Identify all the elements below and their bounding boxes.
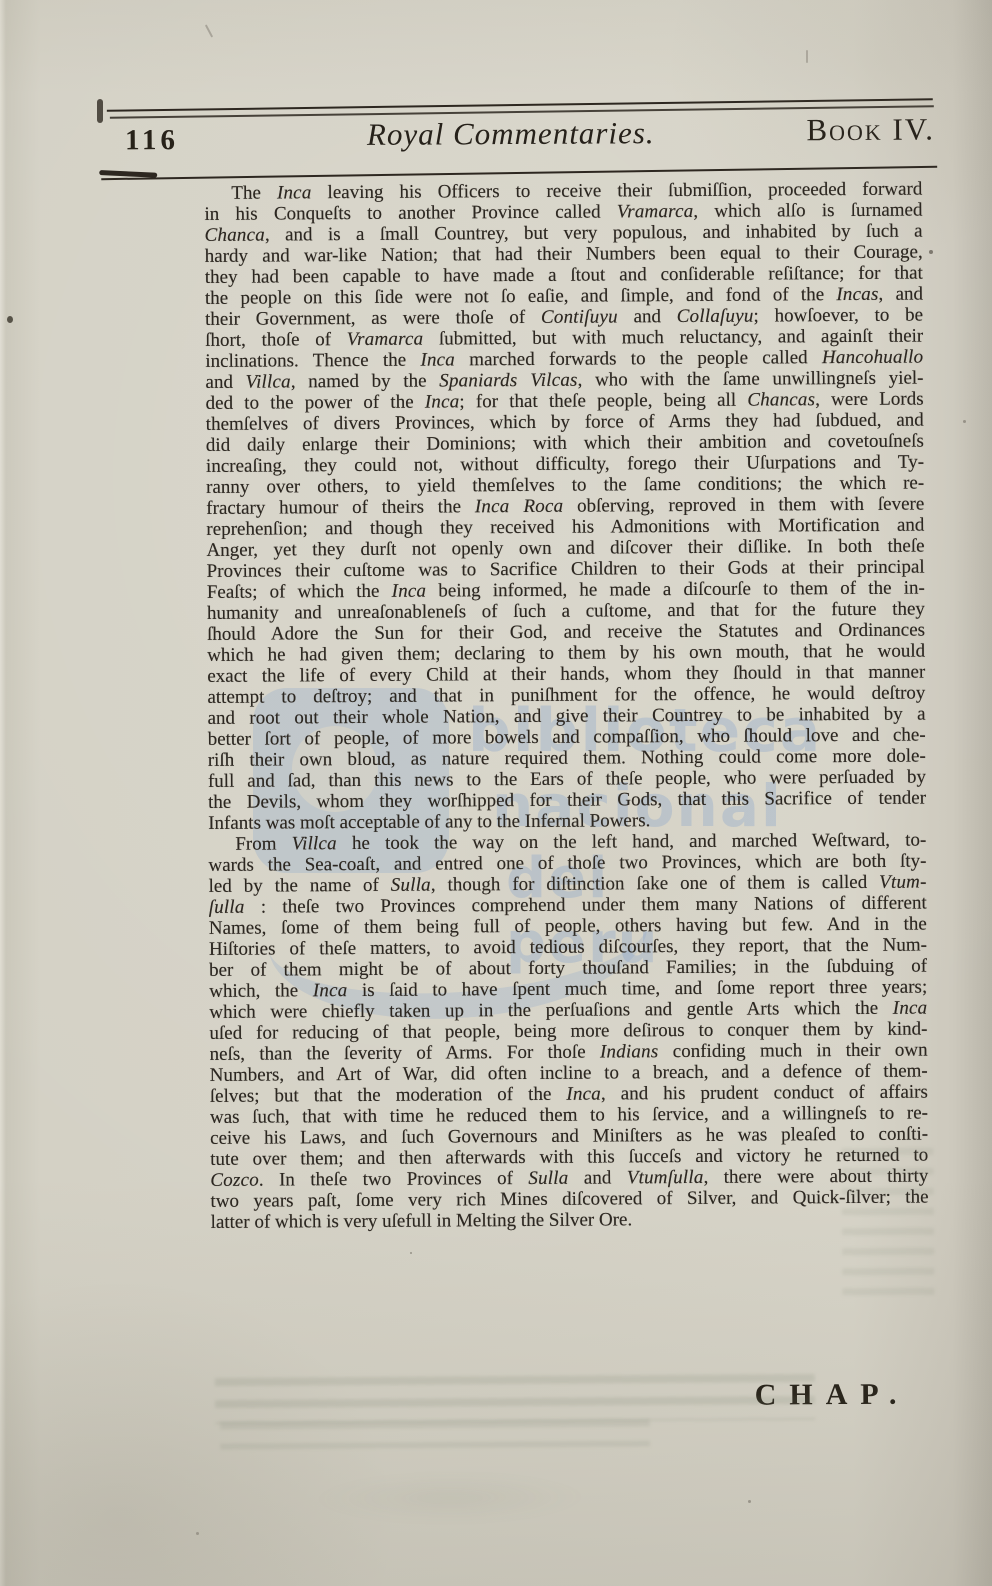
paper-speck [410, 1252, 412, 1254]
body-text: The Inca leaving his Officers to receive… [204, 179, 928, 1233]
book-page-scan: biblioteca nacional del peru 116 Royal C… [0, 0, 992, 1586]
catchword: CHAP. [755, 1378, 910, 1413]
running-title: Royal Commentaries. [367, 115, 655, 153]
paper-speck [748, 1500, 751, 1503]
ink-blotch [97, 99, 103, 123]
header-rule-ink-blot [99, 170, 157, 178]
paper-speck [7, 316, 13, 323]
body-line: two years paſt, ſome very rich Mines diſ… [210, 1187, 928, 1212]
paper-scratch [806, 50, 808, 63]
paper-speck [929, 250, 933, 254]
book-label: Book IV. [806, 111, 935, 148]
paper-speck [963, 420, 966, 423]
page-number: 116 [125, 124, 179, 157]
body-line: latter of which is very uſefull in Melti… [211, 1208, 929, 1233]
paper-speck [196, 1532, 199, 1535]
body-line: the Devils, whom they worſhipped for the… [208, 788, 926, 813]
page-content: 116 Royal Commentaries. Book IV. The Inc… [0, 0, 992, 1586]
